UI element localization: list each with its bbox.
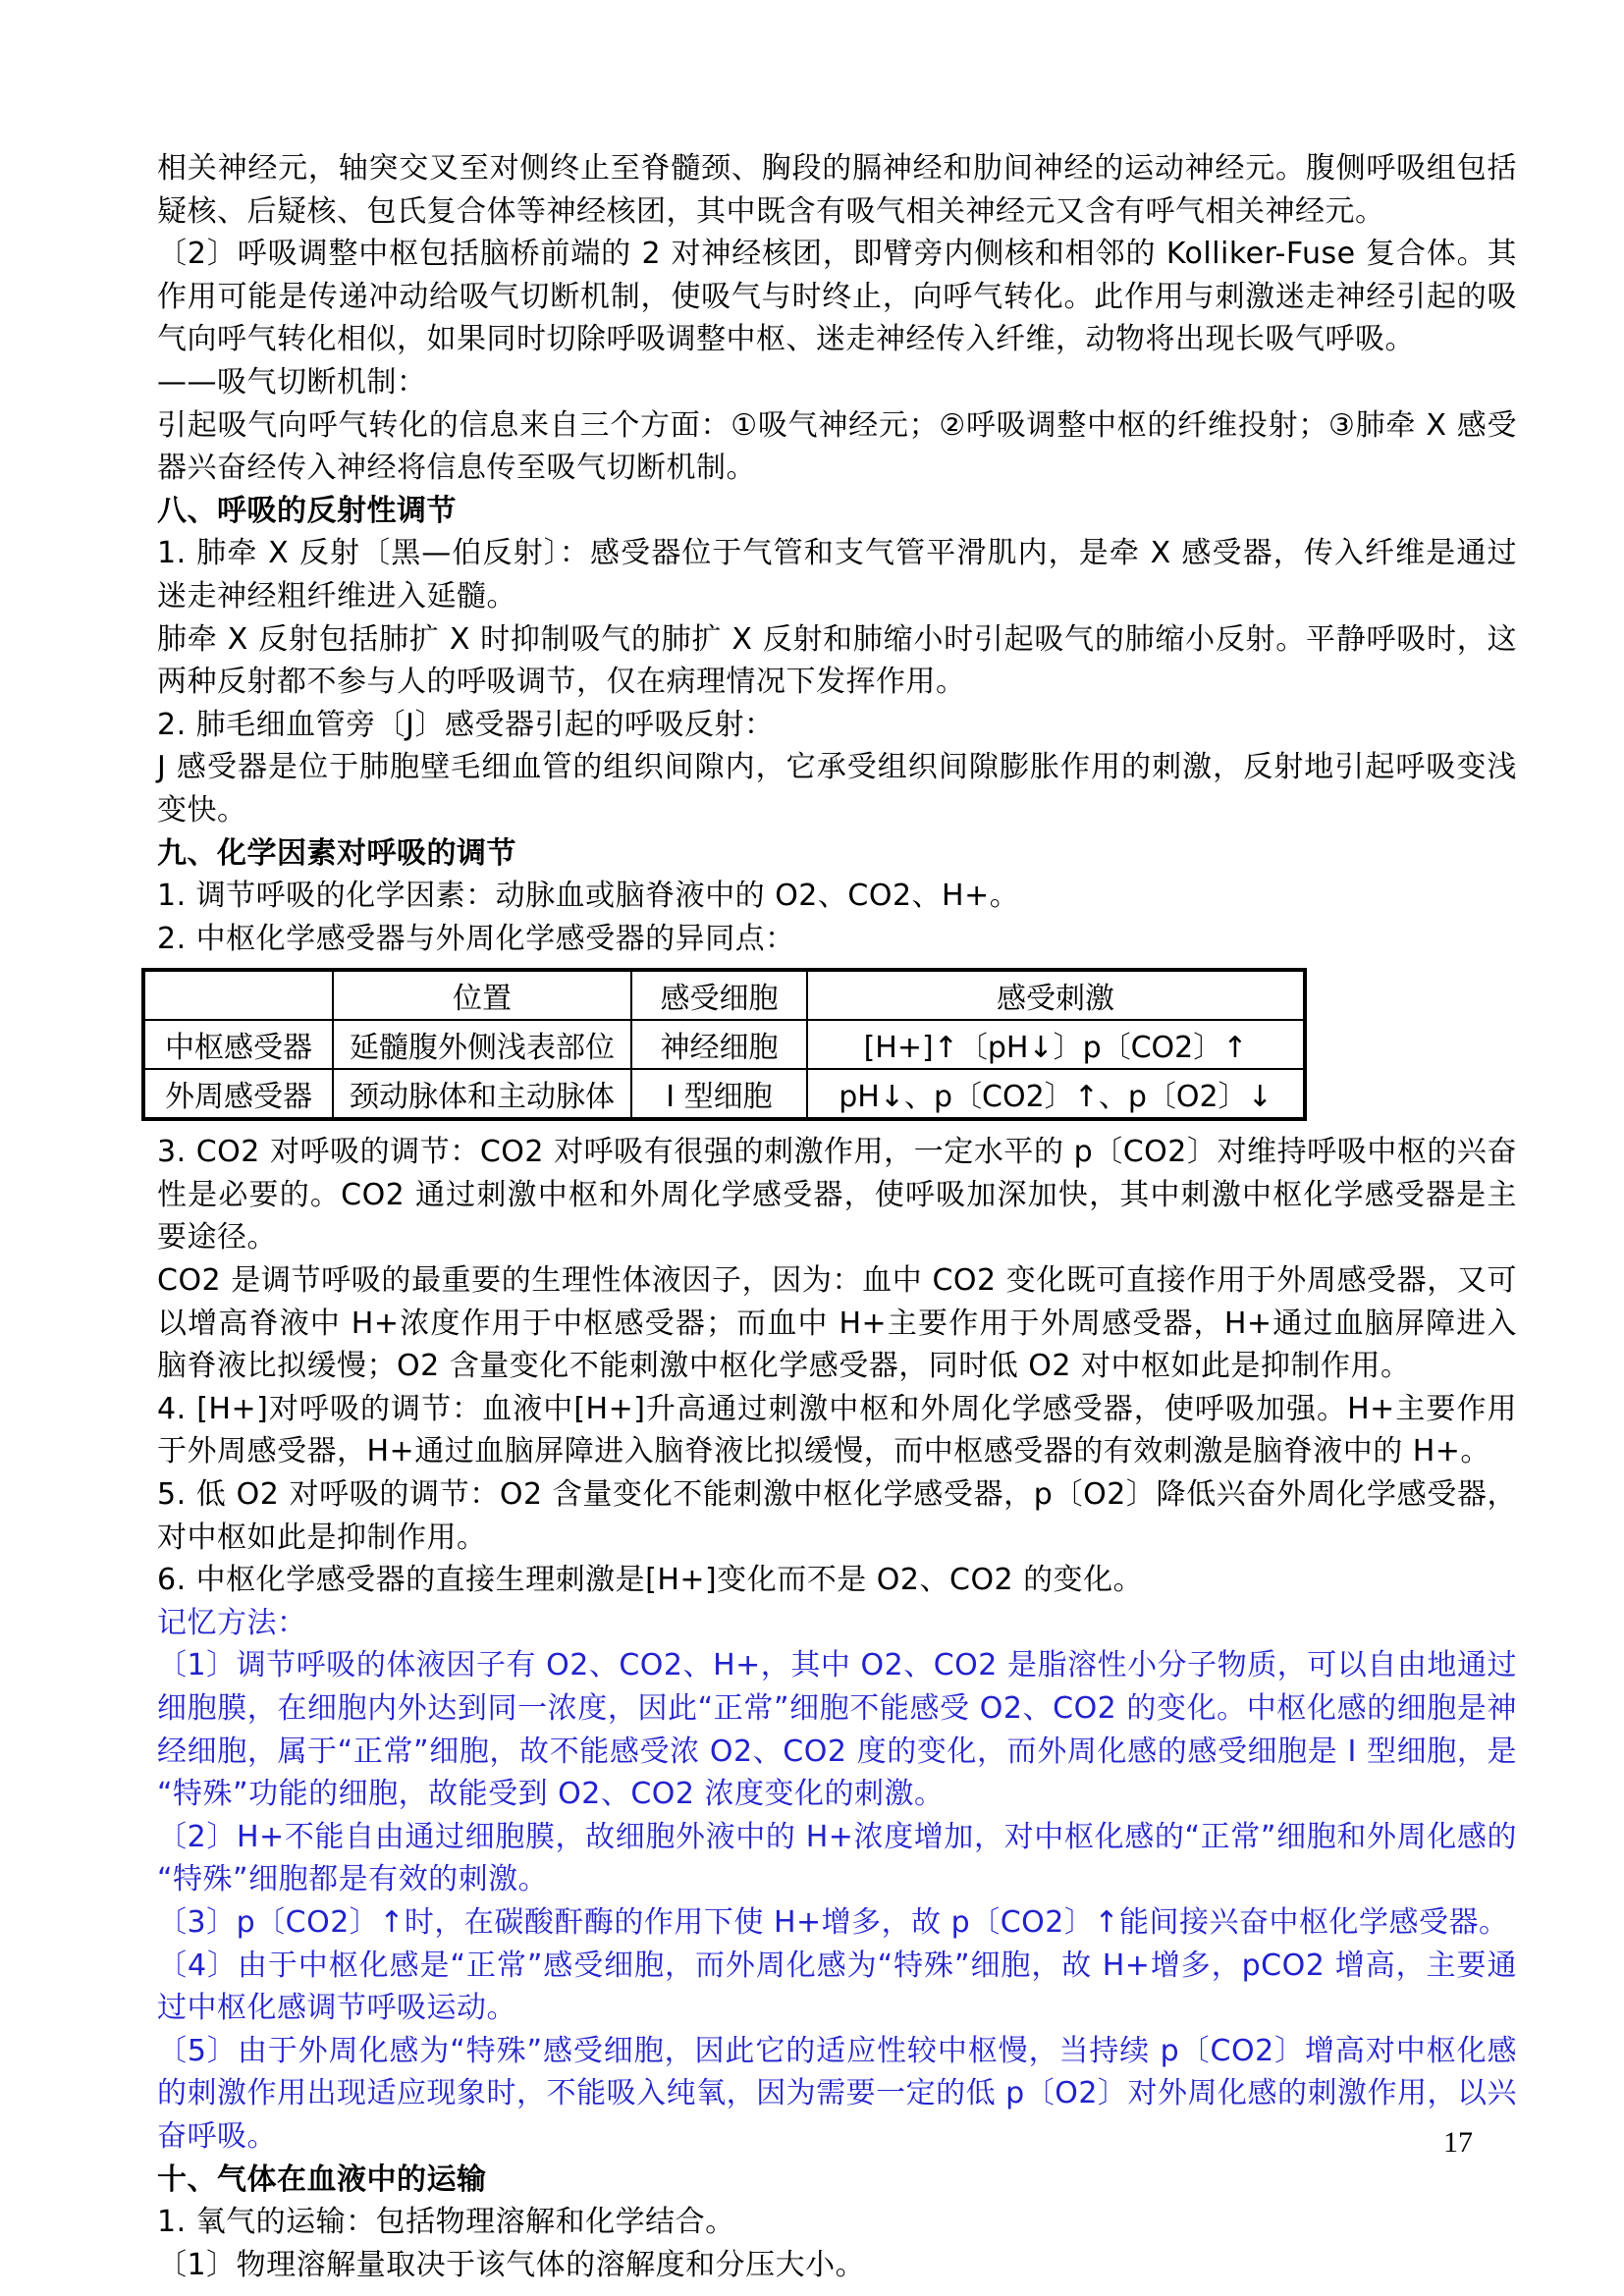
paragraph-cutoff-sources: 引起吸气向呼气转化的信息来自三个方面：①吸气神经元；②呼吸调整中枢的纤维投射；③… xyxy=(157,404,1517,490)
paragraph-physical-dissolution: 〔1〕物理溶解量取决于该气体的溶解度和分压大小。 xyxy=(157,2244,1517,2287)
table-row-central-receptor: 中枢感受器 延髓腹外侧浅表部位 神经细胞 [H+]↑〔pH↓〕p〔CO2〕↑ xyxy=(143,1020,1305,1069)
paragraph-j-receptor-detail: J 感受器是位于肺胞壁毛细血管的组织间隙内，它承受组织间隙膨胀作用的刺激，反射地… xyxy=(157,746,1517,831)
paragraph-co2-regulation: 3. CO2 对呼吸的调节：CO2 对呼吸有很强的刺激作用，一定水平的 p〔CO… xyxy=(157,1131,1517,1259)
cell-peripheral-location: 颈动脉体和主动脉体 xyxy=(333,1069,631,1119)
memo-point-3: 〔3〕p〔CO2〕↑时，在碳酸酐酶的作用下使 H+增多，故 p〔CO2〕↑能间接… xyxy=(157,1901,1517,1945)
paragraph-central-direct-stimulus: 6. 中枢化学感受器的直接生理刺激是[H+]变化而不是 O2、CO2 的变化。 xyxy=(157,1559,1517,1602)
memo-point-1: 〔1〕调节呼吸的体液因子有 O2、CO2、H+，其中 O2、CO2 是脂溶性小分… xyxy=(157,1644,1517,1815)
cell-central-name: 中枢感受器 xyxy=(143,1020,333,1069)
page-number: 17 xyxy=(1443,2126,1473,2160)
chemoreceptor-comparison-table: 位置 感受细胞 感受刺激 中枢感受器 延髓腹外侧浅表部位 神经细胞 [H+]↑〔… xyxy=(141,968,1307,1121)
paragraph-dorsal-ventral-groups: 相关神经元，轴突交叉至对侧终止至脊髓颈、胸段的膈神经和肋间神经的运动神经元。腹侧… xyxy=(157,147,1517,233)
paragraph-pneumotaxic-center: 〔2〕呼吸调整中枢包括脑桥前端的 2 对神经核团，即臂旁内侧核和相邻的 Koll… xyxy=(157,233,1517,361)
cell-peripheral-stimulus: pH↓、p〔CO2〕↑、p〔O2〕↓ xyxy=(807,1069,1305,1119)
section-heading-8-reflex-regulation: 八、呼吸的反射性调节 xyxy=(157,490,1517,533)
paragraph-j-receptor-title: 2. 肺毛细血管旁〔J〕感受器引起的呼吸反射： xyxy=(157,704,1517,747)
paragraph-stretch-reflex-detail: 肺牵 X 反射包括肺扩 X 时抑制吸气的肺扩 X 反射和肺缩小时引起吸气的肺缩小… xyxy=(157,618,1517,704)
memo-point-2: 〔2〕H+不能自由通过细胞膜，故细胞外液中的 H+浓度增加，对中枢化感的“正常”… xyxy=(157,1816,1517,1901)
memo-method-label: 记忆方法： xyxy=(157,1602,1517,1645)
section-heading-10-gas-transport: 十、气体在血液中的运输 xyxy=(157,2159,1517,2202)
paragraph-low-o2-regulation: 5. 低 O2 对呼吸的调节：O2 含量变化不能刺激中枢化学感受器，p〔O2〕降… xyxy=(157,1473,1517,1559)
cell-peripheral-cell-type: I 型细胞 xyxy=(631,1069,807,1119)
table-header-location: 位置 xyxy=(333,970,631,1020)
paragraph-inspiratory-cutoff-label: ——吸气切断机制： xyxy=(157,361,1517,404)
table-header-row: 位置 感受细胞 感受刺激 xyxy=(143,970,1305,1020)
paragraph-co2-humoral-factor: CO2 是调节呼吸的最重要的生理性体液因子，因为：血中 CO2 变化既可直接作用… xyxy=(157,1259,1517,1388)
table-header-sensing-cell: 感受细胞 xyxy=(631,970,807,1020)
paragraph-lung-stretch-reflex: 1. 肺牵 X 反射〔黑—伯反射〕：感受器位于气管和支气管平滑肌内，是牵 X 感… xyxy=(157,532,1517,617)
cell-central-location: 延髓腹外侧浅表部位 xyxy=(333,1020,631,1069)
memo-point-4: 〔4〕由于中枢化感是“正常”感受细胞，而外周化感为“特殊”细胞，故 H+增多，p… xyxy=(157,1945,1517,2030)
table-row-peripheral-receptor: 外周感受器 颈动脉体和主动脉体 I 型细胞 pH↓、p〔CO2〕↑、p〔O2〕↓ xyxy=(143,1069,1305,1119)
cell-central-cell-type: 神经细胞 xyxy=(631,1020,807,1069)
text-column: 相关神经元，轴突交叉至对侧终止至脊髓颈、胸段的膈神经和肋间神经的运动神经元。腹侧… xyxy=(0,0,1624,2286)
paragraph-oxygen-transport: 1. 氧气的运输：包括物理溶解和化学结合。 xyxy=(157,2201,1517,2244)
document-page: { "colors": { "body_text": "#000000", "m… xyxy=(0,0,1624,2296)
paragraph-chemoreceptor-comparison-intro: 2. 中枢化学感受器与外周化学感受器的异同点： xyxy=(157,918,1517,961)
section-heading-9-chemical-regulation: 九、化学因素对呼吸的调节 xyxy=(157,832,1517,876)
paragraph-chemical-factors: 1. 调节呼吸的化学因素：动脉血或脑脊液中的 O2、CO2、H+。 xyxy=(157,875,1517,918)
table-header-stimulus: 感受刺激 xyxy=(807,970,1305,1020)
cell-central-stimulus: [H+]↑〔pH↓〕p〔CO2〕↑ xyxy=(807,1020,1305,1069)
memo-point-5: 〔5〕由于外周化感为“特殊”感受细胞，因此它的适应性较中枢慢，当持续 p〔CO2… xyxy=(157,2030,1517,2159)
table-header-blank xyxy=(143,970,333,1020)
cell-peripheral-name: 外周感受器 xyxy=(143,1069,333,1119)
paragraph-h-regulation: 4. [H+]对呼吸的调节：血液中[H+]升高通过刺激中枢和外周化学感受器，使呼… xyxy=(157,1388,1517,1473)
